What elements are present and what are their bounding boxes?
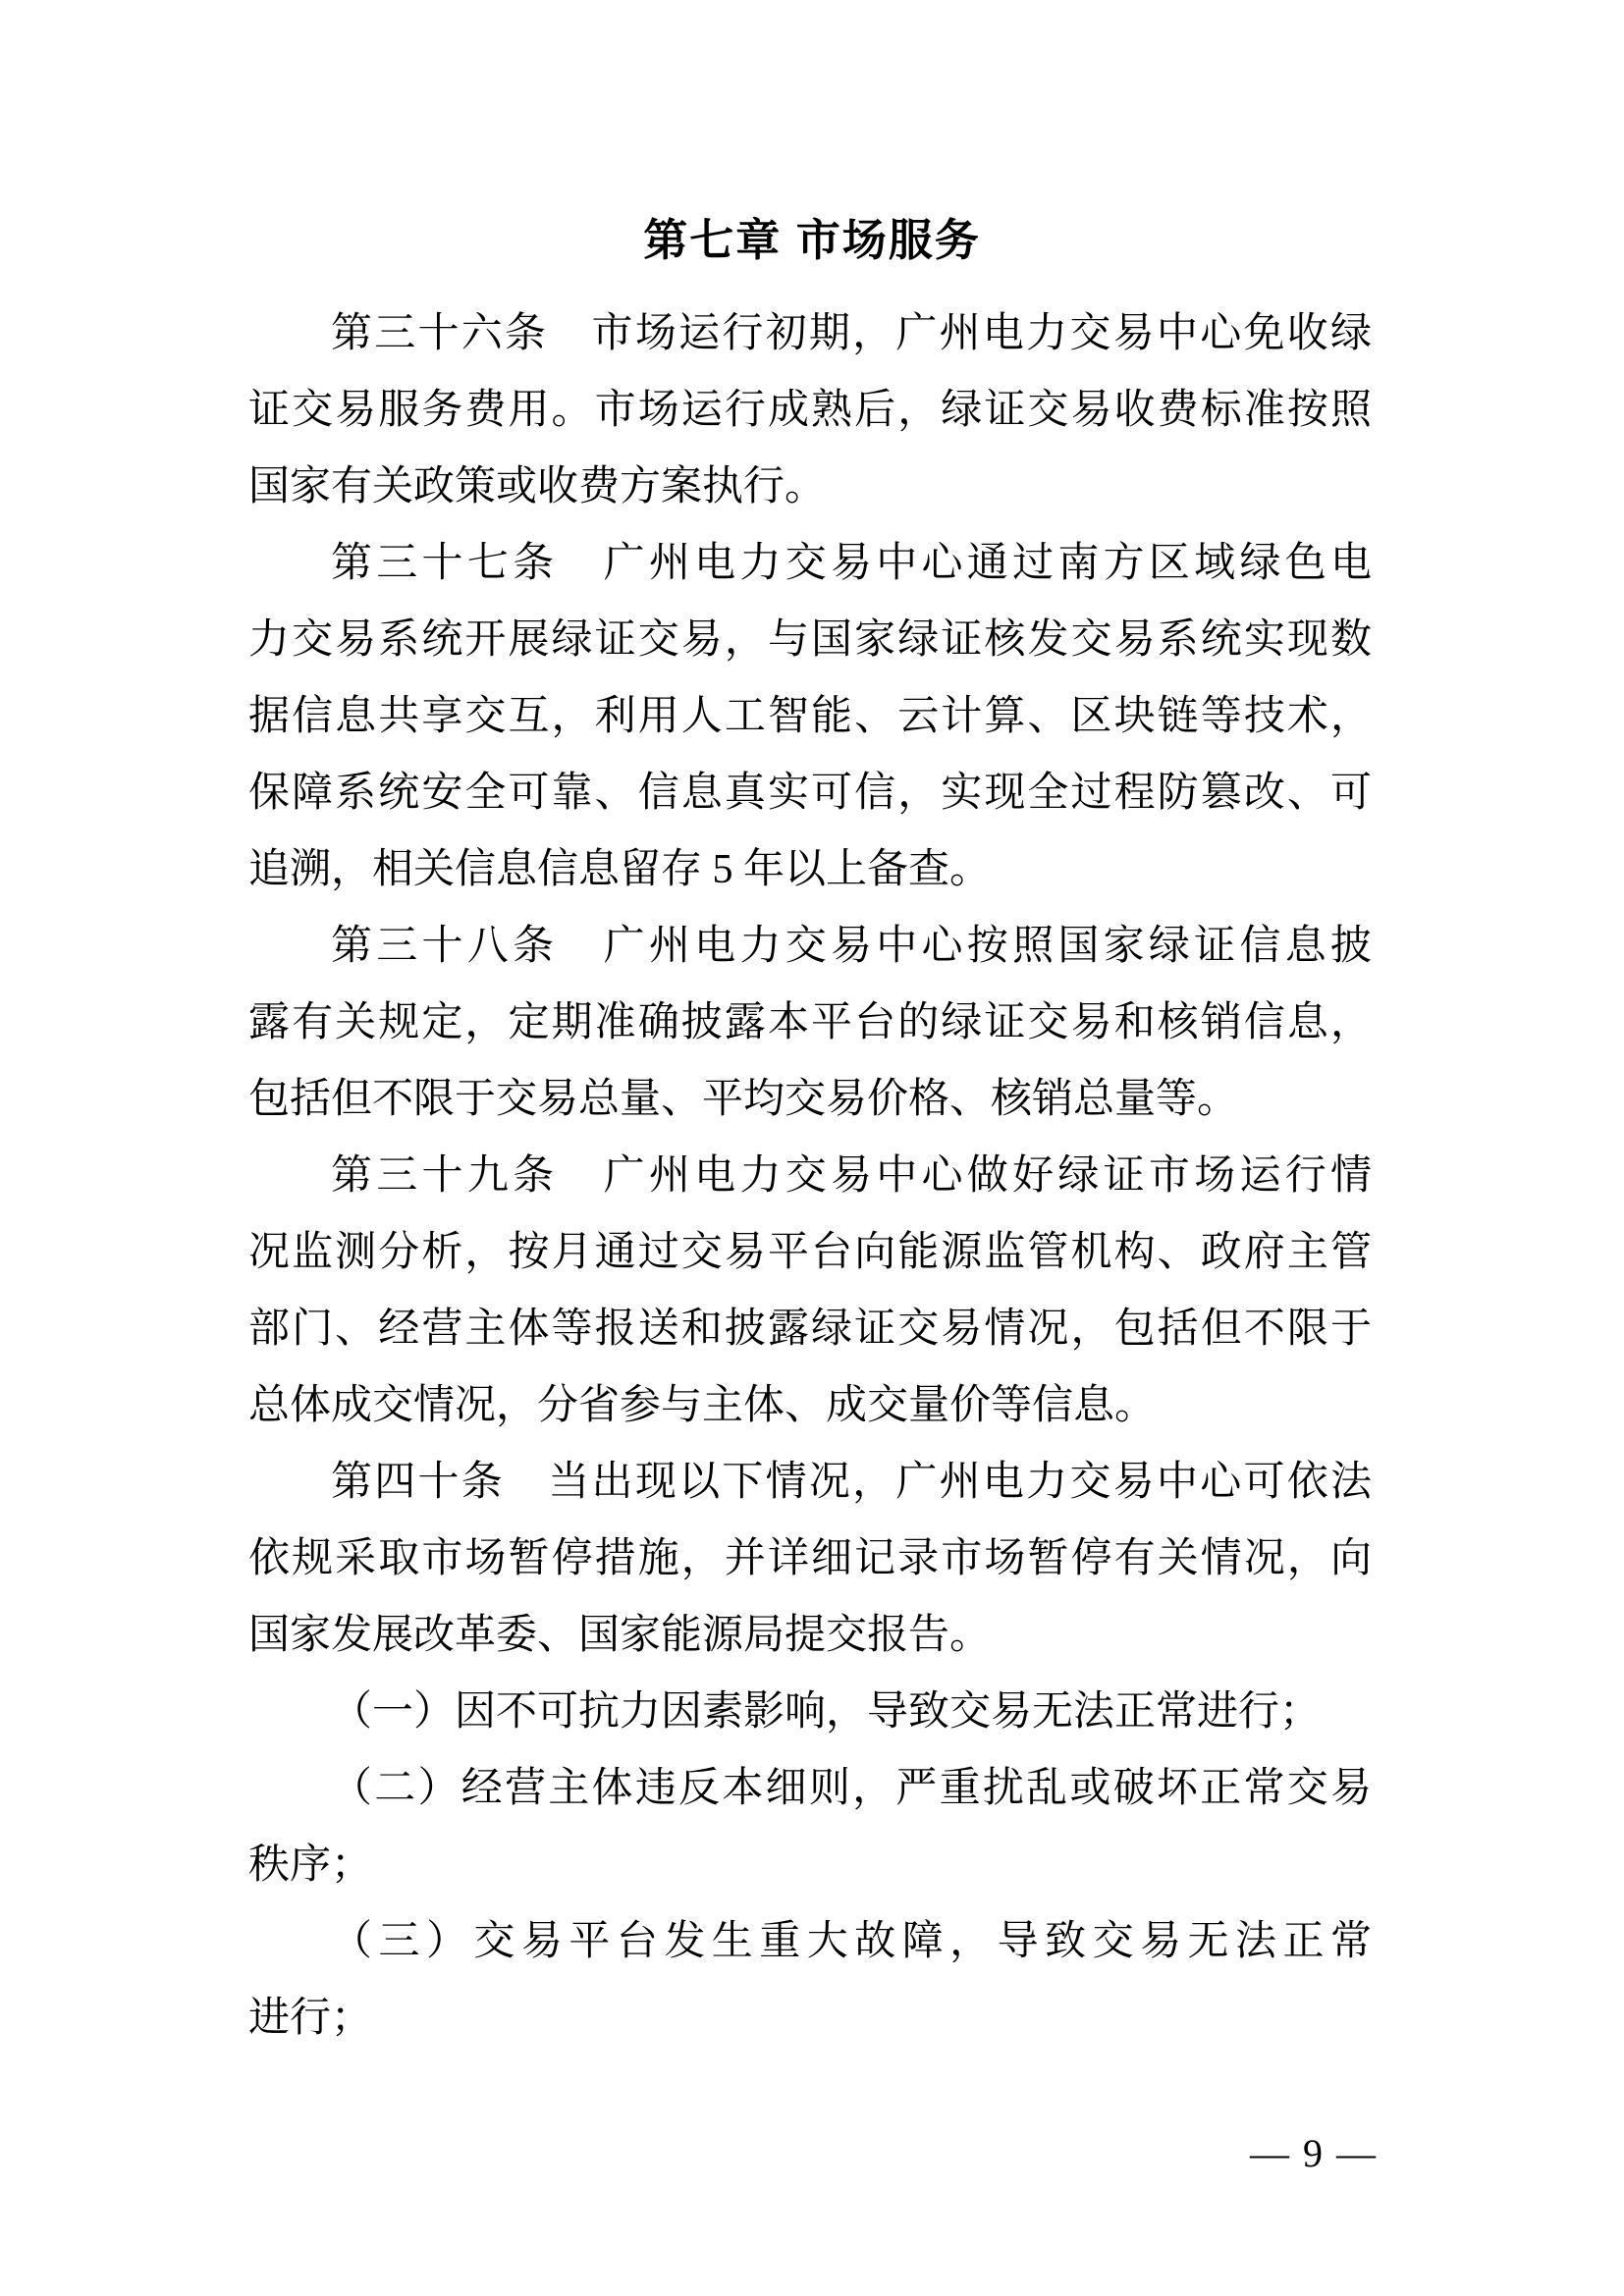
document-body: 第三十六条 市场运行初期，广州电力交易中心免收绿 证交易服务费用。市场运行成熟后…	[248, 295, 1372, 2056]
text-line: 第三十七条 广州电力交易中心通过南方区域绿色电	[248, 525, 1372, 602]
text-line: （一）因不可抗力因素影响，导致交易无法正常进行；	[248, 1674, 1372, 1750]
article-40: 第四十条 当出现以下情况，广州电力交易中心可依法 依规采取市场暂停措施，并详细记…	[248, 1444, 1372, 1674]
text-line: 露有关规定，定期准确披露本平台的绿证交易和核销信息，	[248, 985, 1372, 1061]
article-38: 第三十八条 广州电力交易中心按照国家绿证信息披 露有关规定，定期准确披露本平台的…	[248, 908, 1372, 1138]
article-40-item-1: （一）因不可抗力因素影响，导致交易无法正常进行；	[248, 1674, 1372, 1750]
page-number: — 9 —	[1250, 2130, 1378, 2177]
text-line: 第三十八条 广州电力交易中心按照国家绿证信息披	[248, 908, 1372, 985]
text-line: 追溯，相关信息信息留存 5 年以上备查。	[248, 831, 1372, 908]
article-40-item-2: （二）经营主体违反本细则，严重扰乱或破坏正常交易 秩序；	[248, 1750, 1372, 1903]
text-line: 况监测分析，按月通过交易平台向能源监管机构、政府主管	[248, 1214, 1372, 1291]
text-line: （二）经营主体违反本细则，严重扰乱或破坏正常交易	[248, 1750, 1372, 1827]
text-line: 进行；	[248, 1980, 1372, 2056]
text-line: 国家发展改革委、国家能源局提交报告。	[248, 1597, 1372, 1674]
text-line: 依规采取市场暂停措施，并详细记录市场暂停有关情况，向	[248, 1521, 1372, 1597]
text-line: 包括但不限于交易总量、平均交易价格、核销总量等。	[248, 1061, 1372, 1138]
article-39: 第三十九条 广州电力交易中心做好绿证市场运行情 况监测分析，按月通过交易平台向能…	[248, 1138, 1372, 1444]
article-40-item-3: （三）交易平台发生重大故障，导致交易无法正常 进行；	[248, 1903, 1372, 2056]
text-line: 部门、经营主体等报送和披露绿证交易情况，包括但不限于	[248, 1291, 1372, 1367]
text-line: 保障系统安全可靠、信息真实可信，实现全过程防篡改、可	[248, 755, 1372, 831]
text-line: 第三十九条 广州电力交易中心做好绿证市场运行情	[248, 1138, 1372, 1214]
text-line: （三）交易平台发生重大故障，导致交易无法正常	[248, 1903, 1372, 1980]
text-line: 第三十六条 市场运行初期，广州电力交易中心免收绿	[248, 295, 1372, 372]
text-line: 秩序；	[248, 1827, 1372, 1903]
text-line: 证交易服务费用。市场运行成熟后，绿证交易收费标准按照	[248, 372, 1372, 449]
text-line: 国家有关政策或收费方案执行。	[248, 449, 1372, 525]
text-line: 力交易系统开展绿证交易，与国家绿证核发交易系统实现数	[248, 602, 1372, 678]
document-page: 第七章 市场服务 第三十六条 市场运行初期，广州电力交易中心免收绿 证交易服务费…	[0, 0, 1624, 2296]
article-37: 第三十七条 广州电力交易中心通过南方区域绿色电 力交易系统开展绿证交易，与国家绿…	[248, 525, 1372, 908]
article-36: 第三十六条 市场运行初期，广州电力交易中心免收绿 证交易服务费用。市场运行成熟后…	[248, 295, 1372, 525]
text-line: 第四十条 当出现以下情况，广州电力交易中心可依法	[248, 1444, 1372, 1521]
text-line: 据信息共享交互，利用人工智能、云计算、区块链等技术，	[248, 678, 1372, 755]
chapter-heading: 第七章 市场服务	[0, 0, 1624, 269]
text-line: 总体成交情况，分省参与主体、成交量价等信息。	[248, 1367, 1372, 1444]
